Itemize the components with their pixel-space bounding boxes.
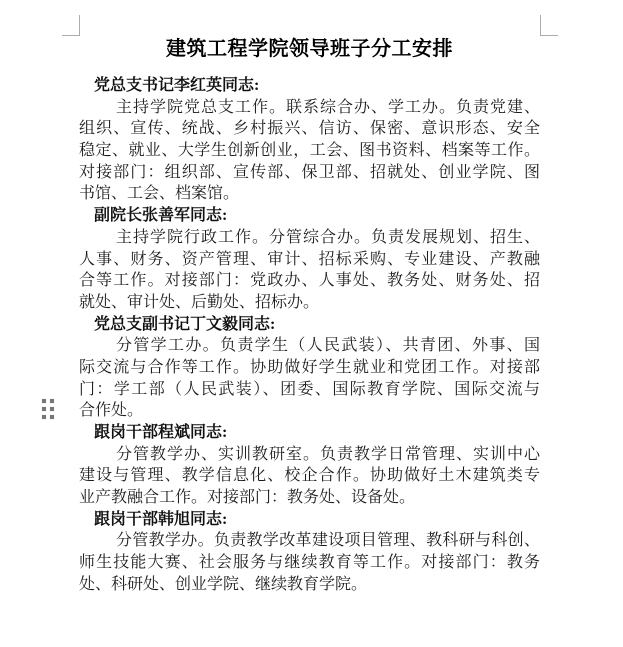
document-body: 建筑工程学院领导班子分工安排 党总支书记李红英同志: 主持学院党总支工作。联系综… bbox=[79, 36, 540, 596]
section-heading: 跟岗干部韩旭同志: bbox=[79, 509, 540, 531]
text-line: 分管教学办、实训教研室。负责教学日常管理、实训中心 bbox=[79, 444, 540, 466]
section-heading: 跟岗干部程斌同志: bbox=[79, 422, 540, 444]
crop-mark-top-right-icon bbox=[540, 15, 558, 36]
section-heading: 副院长张善军同志: bbox=[79, 205, 540, 227]
text-line: 对接部门：组织部、宣传部、保卫部、招就处、创业学院、图 bbox=[79, 162, 540, 184]
text-line: 就处、审计处、后勤处、招标办。 bbox=[79, 292, 540, 314]
drag-handle-dot bbox=[50, 415, 54, 419]
text-line: 稳定、就业、大学生创新创业，工会、图书资料、档案等工作。 bbox=[79, 140, 540, 162]
drag-handle-dot bbox=[42, 407, 46, 411]
text-line: 书馆、工会、档案馆。 bbox=[79, 183, 540, 205]
drag-handle-icon[interactable] bbox=[42, 399, 54, 419]
document-title: 建筑工程学院领导班子分工安排 bbox=[79, 36, 540, 62]
text-line: 分管学工办。负责学生（人民武装）、共青团、外事、国 bbox=[79, 335, 540, 357]
text-line: 门：学工部（人民武装）、团委、国际教育学院、国际交流与 bbox=[79, 379, 540, 401]
text-line: 师生技能大赛、社会服务与继续教育等工作。对接部门：教务 bbox=[79, 552, 540, 574]
crop-mark-top-left-icon bbox=[62, 15, 80, 36]
drag-handle-dot bbox=[50, 399, 54, 403]
text-line: 业产教融合工作。对接部门：教务处、设备处。 bbox=[79, 487, 540, 509]
document-page: 建筑工程学院领导班子分工安排 党总支书记李红英同志: 主持学院党总支工作。联系综… bbox=[0, 0, 623, 647]
drag-handle-dot bbox=[50, 407, 54, 411]
text-line: 组织、宣传、统战、乡村振兴、信访、保密、意识形态、安全 bbox=[79, 118, 540, 140]
document-content: 党总支书记李红英同志: 主持学院党总支工作。联系综合办、学工办。负责党建、 组织… bbox=[79, 75, 540, 596]
text-line: 处、科研处、创业学院、继续教育学院。 bbox=[79, 574, 540, 596]
section-heading: 党总支副书记丁文毅同志: bbox=[79, 314, 540, 336]
text-line: 分管教学办。负责教学改革建设项目管理、教科研与科创、 bbox=[79, 530, 540, 552]
drag-handle-dot bbox=[42, 415, 46, 419]
text-line: 际交流与合作等工作。协助做好学生就业和党团工作。对接部 bbox=[79, 357, 540, 379]
text-line: 合作处。 bbox=[79, 400, 540, 422]
text-line: 主持学院党总支工作。联系综合办、学工办。负责党建、 bbox=[79, 97, 540, 119]
text-line: 人事、财务、资产管理、审计、招标采购、专业建设、产教融 bbox=[79, 249, 540, 271]
text-line: 合等工作。对接部门：党政办、人事处、教务处、财务处、招 bbox=[79, 270, 540, 292]
section-heading: 党总支书记李红英同志: bbox=[79, 75, 540, 97]
text-line: 主持学院行政工作。分管综合办。负责发展规划、招生、 bbox=[79, 227, 540, 249]
text-line: 建设与管理、教学信息化、校企合作。协助做好土木建筑类专 bbox=[79, 465, 540, 487]
drag-handle-dot bbox=[42, 399, 46, 403]
